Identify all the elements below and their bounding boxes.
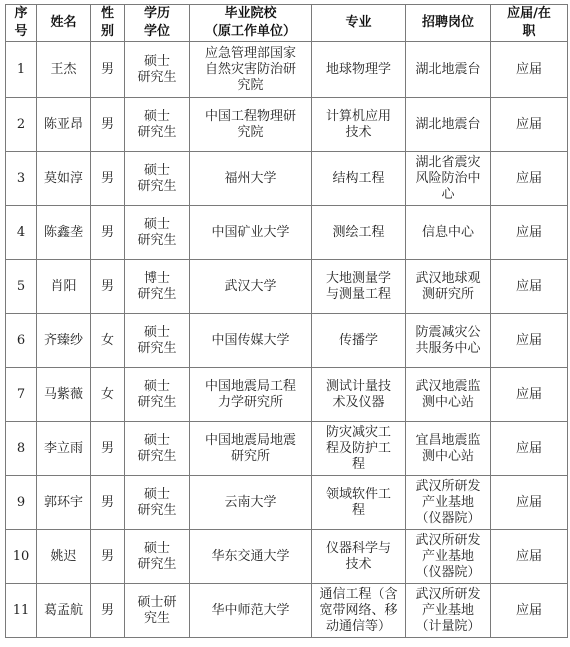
cell-gender: 男 [91,152,125,206]
cell-school: 云南大学 [190,476,312,530]
cell-index: 9 [6,476,37,530]
table-row: 10姚迟男硕士 研究生华东交通大学仪器科学与 技术武汉所研发 产业基地 （仪器院… [6,530,568,584]
cell-degree: 硕士 研究生 [125,98,190,152]
cell-name: 陈亚昂 [37,98,91,152]
cell-index: 3 [6,152,37,206]
header-index: 序 号 [6,5,37,42]
cell-school: 中国工程物理研 究院 [190,98,312,152]
table-header-row: 序 号 姓名 性 别 学历 学位 毕业院校 （原工作单位） 专业 招聘岗位 应届… [6,5,568,42]
cell-school: 武汉大学 [190,260,312,314]
cell-name: 李立雨 [37,422,91,476]
header-gender: 性 别 [91,5,125,42]
cell-school: 中国矿业大学 [190,206,312,260]
cell-position: 武汉所研发 产业基地 （计量院） [406,584,491,638]
cell-degree: 硕士研 究生 [125,584,190,638]
cell-status: 应届 [491,206,568,260]
cell-index: 1 [6,42,37,98]
cell-status: 应届 [491,422,568,476]
cell-major: 结构工程 [312,152,406,206]
cell-major: 领域软件工 程 [312,476,406,530]
cell-status: 应届 [491,42,568,98]
cell-major: 防灾减灾工 程及防护工 程 [312,422,406,476]
cell-index: 2 [6,98,37,152]
cell-major: 地球物理学 [312,42,406,98]
cell-school: 华东交通大学 [190,530,312,584]
cell-school: 中国传媒大学 [190,314,312,368]
table-row: 9郭环宇男硕士 研究生云南大学领域软件工 程武汉所研发 产业基地 （仪器院）应届 [6,476,568,530]
cell-degree: 硕士 研究生 [125,42,190,98]
cell-major: 计算机应用 技术 [312,98,406,152]
cell-position: 武汉地球观 测研究所 [406,260,491,314]
cell-degree: 硕士 研究生 [125,152,190,206]
cell-status: 应届 [491,368,568,422]
header-degree: 学历 学位 [125,5,190,42]
cell-degree: 硕士 研究生 [125,314,190,368]
cell-gender: 男 [91,260,125,314]
table-row: 5肖阳男博士 研究生武汉大学大地测量学 与测量工程武汉地球观 测研究所应届 [6,260,568,314]
cell-degree: 硕士 研究生 [125,368,190,422]
cell-gender: 男 [91,206,125,260]
cell-degree: 博士 研究生 [125,260,190,314]
cell-name: 马紫薇 [37,368,91,422]
table-row: 6齐臻纱女硕士 研究生中国传媒大学传播学防震减灾公 共服务中心应届 [6,314,568,368]
cell-name: 姚迟 [37,530,91,584]
cell-index: 8 [6,422,37,476]
table-row: 1王杰男硕士 研究生应急管理部国家 自然灾害防治研 究院地球物理学湖北地震台应届 [6,42,568,98]
cell-major: 测绘工程 [312,206,406,260]
cell-index: 11 [6,584,37,638]
cell-status: 应届 [491,98,568,152]
cell-major: 测试计量技 术及仪器 [312,368,406,422]
cell-status: 应届 [491,584,568,638]
header-position: 招聘岗位 [406,5,491,42]
cell-position: 信息中心 [406,206,491,260]
cell-position: 湖北地震台 [406,98,491,152]
cell-name: 莫如淳 [37,152,91,206]
cell-status: 应届 [491,530,568,584]
header-school: 毕业院校 （原工作单位） [190,5,312,42]
cell-degree: 硕士 研究生 [125,476,190,530]
cell-gender: 男 [91,476,125,530]
cell-gender: 男 [91,422,125,476]
cell-name: 陈鑫垄 [37,206,91,260]
cell-status: 应届 [491,152,568,206]
cell-status: 应届 [491,260,568,314]
cell-position: 宜昌地震监 测中心站 [406,422,491,476]
cell-index: 10 [6,530,37,584]
cell-gender: 男 [91,42,125,98]
cell-name: 肖阳 [37,260,91,314]
cell-position: 防震减灾公 共服务中心 [406,314,491,368]
cell-status: 应届 [491,314,568,368]
cell-name: 齐臻纱 [37,314,91,368]
cell-position: 武汉所研发 产业基地 （仪器院） [406,476,491,530]
cell-degree: 硕士 研究生 [125,530,190,584]
cell-major: 传播学 [312,314,406,368]
cell-school: 中国地震局地震 研究所 [190,422,312,476]
cell-degree: 硕士 研究生 [125,206,190,260]
cell-major: 通信工程（含 宽带网络、移 动通信等） [312,584,406,638]
cell-index: 6 [6,314,37,368]
cell-name: 郭环宇 [37,476,91,530]
cell-gender: 女 [91,314,125,368]
cell-name: 王杰 [37,42,91,98]
header-status: 应届/在 职 [491,5,568,42]
table-row: 8李立雨男硕士 研究生中国地震局地震 研究所防灾减灾工 程及防护工 程宜昌地震监… [6,422,568,476]
cell-school: 华中师范大学 [190,584,312,638]
table-row: 2陈亚昂男硕士 研究生中国工程物理研 究院计算机应用 技术湖北地震台应届 [6,98,568,152]
cell-school: 中国地震局工程 力学研究所 [190,368,312,422]
recruitment-table: 序 号 姓名 性 别 学历 学位 毕业院校 （原工作单位） 专业 招聘岗位 应届… [5,4,568,638]
table-row: 11葛孟航男硕士研 究生华中师范大学通信工程（含 宽带网络、移 动通信等）武汉所… [6,584,568,638]
cell-status: 应届 [491,476,568,530]
cell-name: 葛孟航 [37,584,91,638]
cell-gender: 男 [91,530,125,584]
cell-gender: 女 [91,368,125,422]
cell-index: 4 [6,206,37,260]
cell-position: 湖北地震台 [406,42,491,98]
cell-gender: 男 [91,584,125,638]
cell-gender: 男 [91,98,125,152]
cell-position: 武汉地震监 测中心站 [406,368,491,422]
table-row: 4陈鑫垄男硕士 研究生中国矿业大学测绘工程信息中心应届 [6,206,568,260]
cell-index: 7 [6,368,37,422]
cell-school: 福州大学 [190,152,312,206]
cell-position: 湖北省震灾 风险防治中 心 [406,152,491,206]
cell-major: 仪器科学与 技术 [312,530,406,584]
cell-index: 5 [6,260,37,314]
cell-degree: 硕士 研究生 [125,422,190,476]
header-major: 专业 [312,5,406,42]
table-row: 3莫如淳男硕士 研究生福州大学结构工程湖北省震灾 风险防治中 心应届 [6,152,568,206]
header-name: 姓名 [37,5,91,42]
cell-major: 大地测量学 与测量工程 [312,260,406,314]
cell-school: 应急管理部国家 自然灾害防治研 究院 [190,42,312,98]
cell-position: 武汉所研发 产业基地 （仪器院） [406,530,491,584]
table-row: 7马紫薇女硕士 研究生中国地震局工程 力学研究所测试计量技 术及仪器武汉地震监 … [6,368,568,422]
